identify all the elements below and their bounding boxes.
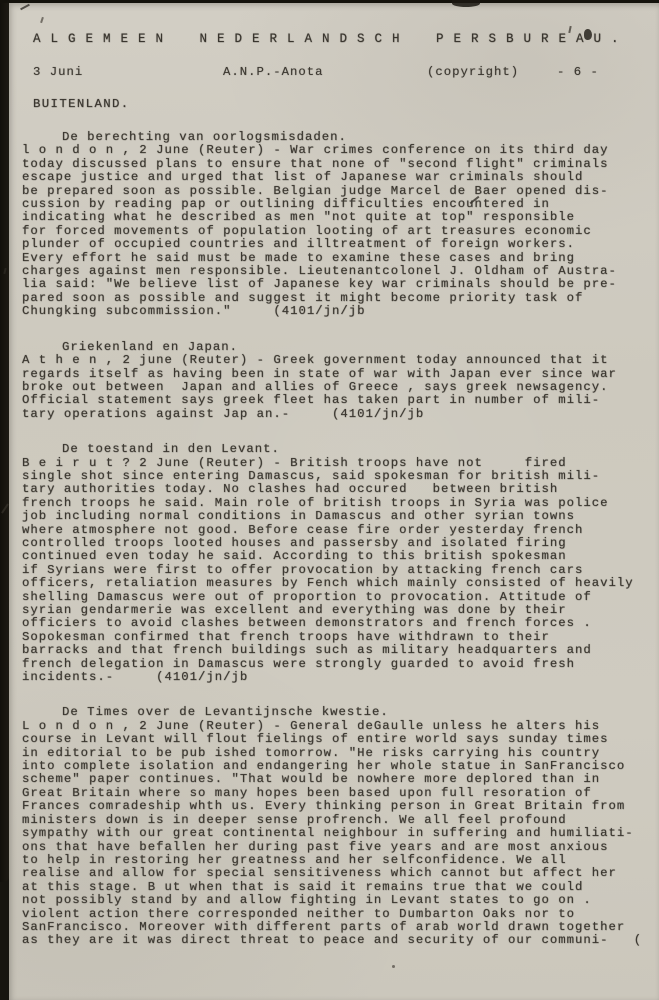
article-heading: De toestand in den Levant.	[22, 443, 659, 456]
text-line: tary operations against Jap an.- (4101/j…	[22, 408, 659, 421]
text-line: B e i r u t ? 2 June (Reuter) - British …	[22, 457, 659, 470]
text-line: lia said: "We believe list of Japanese k…	[22, 278, 659, 291]
article-greece-japan: Griekenland en Japan. A t h e n , 2 june…	[22, 341, 659, 421]
article-body: B e i r u t ? 2 June (Reuter) - British …	[22, 457, 659, 685]
article-times-levant: De Times over de Levantijnsche kwestie. …	[22, 706, 659, 947]
copyright-label: (copyright)	[427, 65, 519, 79]
press-bureau-title: ALGEMEEN NEDERLANDSCH PERSBUREAU.	[33, 32, 659, 46]
text-line: Frances comradeship whth us. Every think…	[22, 800, 659, 813]
text-line: as they are it was direct threat to peac…	[22, 934, 659, 947]
text-line: incidents.- (4101/jn/jb	[22, 671, 659, 684]
text-line: ons that have befallen her during past f…	[22, 841, 659, 854]
articles-container: De berechting van oorlogsmisdaden. l o n…	[22, 131, 659, 948]
text-line: continued even today he said. According …	[22, 550, 659, 563]
document-meta-row: 3 Juni A.N.P.-Anota (copyright) - 6 -	[22, 65, 659, 78]
article-body: L o n d o n , 2 June (Reuter) - General …	[22, 720, 659, 948]
text-line: l o n d o n , 2 June (Reuter) - War crim…	[22, 144, 659, 157]
article-war-crimes: De berechting van oorlogsmisdaden. l o n…	[22, 131, 659, 319]
text-line: not possibly stand by and allow fighting…	[22, 894, 659, 907]
section-heading: BUITENLAND.	[33, 97, 659, 111]
document-photo: ALGEMEEN NEDERLANDSCH PERSBUREAU. 3 Juni…	[0, 0, 659, 1000]
text-line: tary authorities today. No clashes had o…	[22, 483, 659, 496]
photo-border-smudge	[452, 0, 480, 7]
agency-label: A.N.P.-Anota	[223, 65, 324, 79]
document-date: 3 Juni	[33, 65, 83, 79]
article-body: A t h e n , 2 june (Reuter) - Greek gove…	[22, 354, 659, 421]
text-line: sympathy with our great continental neig…	[22, 827, 659, 840]
text-line: A t h e n , 2 june (Reuter) - Greek gove…	[22, 354, 659, 367]
text-line: plunder of occupied countries and illtre…	[22, 238, 659, 251]
text-line: course in Levant will flout fielings of …	[22, 733, 659, 746]
text-line: regards itself as having been in state o…	[22, 368, 659, 381]
text-line: Official statement says greek fleet has …	[22, 394, 659, 407]
document-page: ALGEMEEN NEDERLANDSCH PERSBUREAU. 3 Juni…	[9, 3, 659, 1000]
text-line: barracks and that french buildings such …	[22, 644, 659, 657]
text-line: job including normal conditions in Damas…	[22, 510, 659, 523]
article-body: l o n d o n , 2 June (Reuter) - War crim…	[22, 144, 659, 318]
article-levant-situation: De toestand in den Levant. B e i r u t ?…	[22, 443, 659, 684]
text-line: shelling Damascus were out of proportion…	[22, 591, 659, 604]
text-line: Chungking subcommission." (4101/jn/jb	[22, 305, 659, 318]
text-line: escape justice and urged that list of Ja…	[22, 171, 659, 184]
text-line: officers, retaliation measures by Fench …	[22, 577, 659, 590]
text-line: officiers to avoid clashes between demon…	[22, 617, 659, 630]
ink-dot	[392, 965, 395, 968]
text-line: violent action there corresponded neithe…	[22, 908, 659, 921]
photo-border-top	[0, 0, 659, 3]
page-number: - 6 -	[557, 65, 599, 79]
article-heading: De Times over de Levantijnsche kwestie.	[22, 706, 659, 719]
text-line: indicating what he described as men "not…	[22, 211, 659, 224]
text-line: where atmosphere not good. Before cease …	[22, 524, 659, 537]
text-line: realise and allow for special sensitiven…	[22, 867, 659, 880]
ink-blot	[584, 29, 592, 40]
photo-border-left	[0, 0, 9, 882]
text-line: scheme" paper continues. "That would be …	[22, 773, 659, 786]
